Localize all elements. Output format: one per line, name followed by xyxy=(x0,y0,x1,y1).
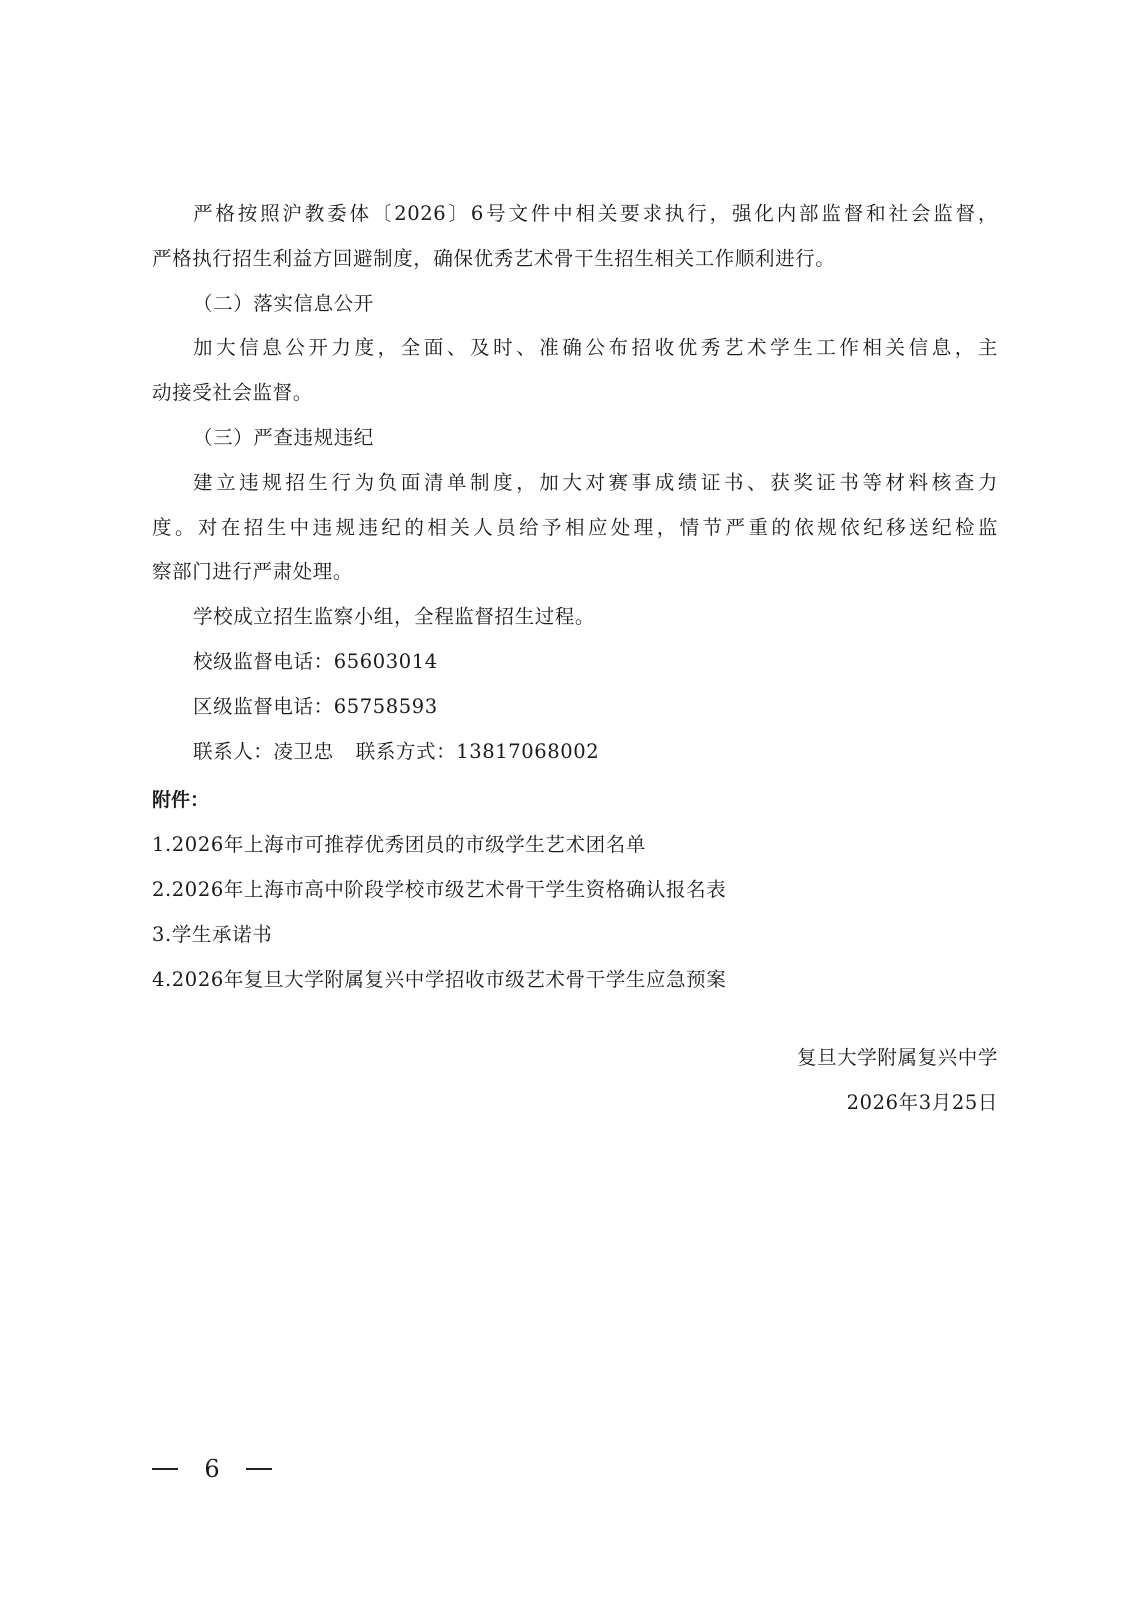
signature-block: 复旦大学附属复兴中学 2026年3月25日 xyxy=(797,1036,998,1126)
paragraph-1-line-2: 严格执行招生利益方回避制度，确保优秀艺术骨干生招生相关工作顺利进行。 xyxy=(152,237,998,282)
attachment-item-1: 1.2026年上海市可推荐优秀团员的市级学生艺术团名单 xyxy=(152,823,998,868)
signature-organization: 复旦大学附属复兴中学 xyxy=(797,1036,998,1081)
page-number: 6 xyxy=(178,1449,246,1489)
left-dash xyxy=(152,1468,178,1470)
district-phone-number: 65758593 xyxy=(334,695,438,718)
contact-method-label: 联系方式： xyxy=(356,740,457,763)
section-3-heading: （三）严查违规违纪 xyxy=(152,416,998,461)
section-3-line-2: 度。对在招生中违规违纪的相关人员给予相应处理，情节严重的依规依纪移送纪检监 xyxy=(152,506,998,551)
school-phone-label: 校级监督电话： xyxy=(193,650,334,673)
page-number-footer: 6 xyxy=(152,1449,272,1489)
contact-name: 凌卫忠 xyxy=(273,740,333,763)
attachments-title: 附件： xyxy=(152,778,998,823)
school-supervision-phone: 校级监督电话：65603014 xyxy=(152,640,998,685)
school-phone-number: 65603014 xyxy=(334,650,438,673)
right-dash xyxy=(246,1468,272,1470)
section-3-line-1: 建立违规招生行为负面清单制度，加大对赛事成绩证书、获奖证书等材料核查力 xyxy=(152,461,998,506)
document-page: 严格按照沪教委体〔2026〕6号文件中相关要求执行，强化内部监督和社会监督， 严… xyxy=(0,0,1139,1611)
signature-date: 2026年3月25日 xyxy=(797,1081,998,1126)
document-body: 严格按照沪教委体〔2026〕6号文件中相关要求执行，强化内部监督和社会监督， 严… xyxy=(152,192,998,1002)
district-phone-label: 区级监督电话： xyxy=(193,695,334,718)
attachment-item-4: 4.2026年复旦大学附属复兴中学招收市级艺术骨干学生应急预案 xyxy=(152,958,998,1003)
attachment-item-2: 2.2026年上海市高中阶段学校市级艺术骨干学生资格确认报名表 xyxy=(152,868,998,913)
section-3-line-3: 察部门进行严肃处理。 xyxy=(152,550,998,595)
supervision-statement: 学校成立招生监察小组，全程监督招生过程。 xyxy=(152,595,998,640)
section-2-heading: （二）落实信息公开 xyxy=(152,282,998,327)
contact-line: 联系人：凌卫忠联系方式：13817068002 xyxy=(152,730,998,775)
section-2-line-1: 加大信息公开力度，全面、及时、准确公布招收优秀艺术学生工作相关信息，主 xyxy=(152,326,998,371)
contact-phone: 13817068002 xyxy=(456,740,599,763)
attachment-item-3: 3.学生承诺书 xyxy=(152,913,998,958)
section-2-line-2: 动接受社会监督。 xyxy=(152,371,998,416)
contact-label: 联系人： xyxy=(193,740,273,763)
district-supervision-phone: 区级监督电话：65758593 xyxy=(152,685,998,730)
paragraph-1-line-1: 严格按照沪教委体〔2026〕6号文件中相关要求执行，强化内部监督和社会监督， xyxy=(152,192,998,237)
